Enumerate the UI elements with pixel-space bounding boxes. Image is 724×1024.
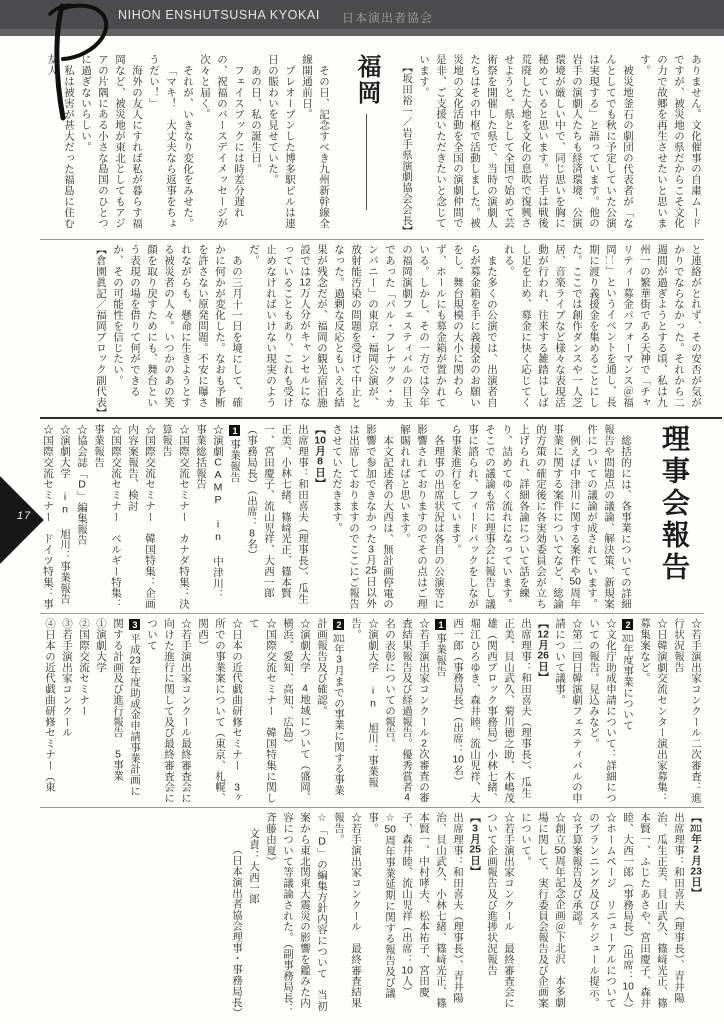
black-number-icon: 2 <box>622 619 633 630</box>
paragraph: それが、いきなり変化をみせた。 <box>179 54 196 236</box>
agenda-item: ☆国際交流セミナー 韓国特集に関して <box>245 618 279 804</box>
agenda-item: ☆若手演出家コンクール 最終審査会について企画報告及び進捗状況報告 <box>483 812 517 1014</box>
attendees-line: 出席理事：和田喜夫（理事長）、瓜生正美、貝山武久、菊川徳之助、木嶋茂雄（関西ブロ… <box>449 618 534 804</box>
colophon-line: 文責：大西一郎 <box>245 812 262 1014</box>
meeting-date-heading: 【3月25日】 <box>466 812 483 1014</box>
major-section-divider <box>40 417 722 419</box>
board-report-band-3: 【2011年2月23日】出席理事：和田喜夫（理事長）、青井陽治、瓜生正美、貝山武… <box>40 812 704 1014</box>
magazine-page: { "header": { "romaji": "NIHON ENSHUTSUS… <box>0 0 724 1024</box>
numbered-heading: 3平成23年度助成金申請事業計画に関する計画及び進行報告 5事業 <box>109 618 143 804</box>
agenda-item: ①演劇大学 <box>92 618 109 804</box>
agenda-item: ☆国際交流セミナー ドイツ特集：事業報告 <box>40 424 56 610</box>
article-row-1: ありません。文化催事の自粛ムードですが、被災地の県だからこそ文化の力で故郷を再生… <box>40 54 704 236</box>
section-divider <box>40 239 704 240</box>
agenda-item: ☆演劇CAMP in 中津川：事業総括報告 <box>192 424 226 610</box>
paragraph: 私は被害が甚大だった福島に住む友人 <box>43 54 77 236</box>
agenda-item: ②国際交流セミナー <box>75 618 92 804</box>
paragraph: 各理事の出席状況は各自の公演等に影響されておりますのでその点はご理解賜れればと思… <box>396 424 447 610</box>
attendees-line: 出席理事：和田喜夫（理事長）、青井陽治、瓜生正美、貝山武久、篠﨑光正、篠本賢一、… <box>619 812 687 1014</box>
agenda-item: ☆文化庁助成申請について：詳細についての報告。見込みなど。 <box>585 618 619 804</box>
section-divider <box>40 807 704 808</box>
agenda-item: ④日本の近代戯曲研修セミナー（東京・関西・札幌・名古屋） <box>40 618 58 804</box>
numbered-heading: 22011年3月までの事業に関する事業計画報告及び確認。 <box>313 618 347 804</box>
agenda-item: ☆演劇大学 4地域について（盛岡、横浜、愛知、高知、広島） <box>279 618 313 804</box>
board-report-band-1: 理事会報告 総括的には、各事業についての詳細報告や問題点の議論、解決策、新規案件… <box>40 424 704 610</box>
credit-line: 【倉園眞記／福岡ブロック副代表】 <box>92 244 109 414</box>
agenda-item: ☆協会誌「D」編集報告 <box>73 424 90 610</box>
black-number-icon: 3 <box>129 619 140 630</box>
agenda-item: ☆若手演出家コンクール2次審査の審査結果報告及び経過報告。優秀賞者4名の表彰につ… <box>381 618 432 804</box>
agenda-item: ☆50周年事業延期に関する報告及び議事。 <box>364 812 398 1014</box>
numbered-heading: 22011年度事業について <box>619 618 636 804</box>
credit-line: 【坂田裕一／岩手県演劇協会会長】 <box>398 54 415 236</box>
meeting-date-heading: 【2011年2月23日】 <box>687 812 704 1014</box>
agenda-item: ③若手演出家コンクール <box>58 618 75 804</box>
meeting-date-heading: 【10月8日】 <box>311 424 328 610</box>
paragraph: 被災地釜石の劇団の代表者が「なんとしてでも秋に予定していた公演は実現する」と語っ… <box>415 54 636 236</box>
colophon-line: （日本演出者協会理事・事務局長） <box>228 812 245 1014</box>
agenda-item: ☆創立50周年記念企画＠下北沢 本多劇場に関して、実行委員会報告及び企画案につい… <box>517 812 568 1014</box>
paragraph: フェイスブックには時差分遅れの、祝福のバースデイメッセージが次々と届く。 <box>196 54 247 236</box>
headline-rule <box>366 114 367 210</box>
numbered-heading: 1事業報告 <box>226 424 243 610</box>
black-number-icon: 1 <box>435 619 446 630</box>
agenda-item: ☆国際交流セミナー 韓国特集：企画内容案報告、検討 <box>124 424 158 610</box>
board-report-title: 理事会報告 <box>646 424 700 610</box>
association-name-kanji: 日本演出者協会 <box>342 9 433 26</box>
paragraph: 例えば中津川に関する案件や50周年事業に関する案件についてなど、総論的方策の確定… <box>447 424 583 610</box>
agenda-item: ☆ホームページ リニューアルについてのプランニング及びスケジュール提示。 <box>585 812 619 1014</box>
numbered-heading: 1事業報告 <box>432 618 449 804</box>
paragraph: あの日、私の誕生日。 <box>247 54 264 236</box>
paragraph: その日、記念すべき九州新幹線全線開通前日。 <box>298 54 332 236</box>
paragraph: 「マキ！ 大丈夫なら返事をちょうだい！」 <box>145 54 179 236</box>
paragraph: と連絡がとれず、その安否が気がかりでならなかった。それから二週間が過ぎようとする… <box>500 244 704 414</box>
article-row-2: と連絡がとれず、その安否が気がかりでならなかった。それから二週間が過ぎようとする… <box>40 244 704 414</box>
paragraph: ありません。文化催事の自粛ムードですが、被災地の県だからこそ文化の力で故郷を再生… <box>636 54 704 236</box>
attendees-line: 出席理事：和田喜夫（理事長）、瓜生正美、小林七緒、篠﨑光正、篠本賢一、宮田慶子、… <box>243 424 311 610</box>
agenda-item: ☆若手演出家コンクール 最終審査結果報告。 <box>330 812 364 1014</box>
agenda-item: ☆第二回日韓演劇フェスティバルの申請について議事。 <box>551 618 585 804</box>
headline-text: 福岡 <box>353 54 379 106</box>
agenda-item: ☆日本の近代戯曲研修セミナー 3ヶ所での事業案について（東京、札幌、関西） <box>194 618 245 804</box>
black-number-icon: 2 <box>333 619 344 630</box>
page-number: 17 <box>17 510 31 522</box>
association-name-romaji: NIHON ENSHUTSUSHA KYOKAI <box>118 8 320 22</box>
agenda-item: ☆若手演出家コンクール二次審査：進行状況報告 <box>670 618 704 804</box>
agenda-item: ☆予算案報告及び承認。 <box>568 812 585 1014</box>
agenda-item: ☆国際交流セミナー カナダ特集：決算報告 <box>158 424 192 610</box>
agenda-item: ☆「D」の編集方針内容について 当初案から東北関東大震災の影響を鑑みた内容につい… <box>262 812 330 1014</box>
agenda-item: ☆国際交流セミナー ベルギー特集：事業報告 <box>90 424 124 610</box>
agenda-item: ☆演劇大学 in 旭川：事業報告。 <box>347 618 381 804</box>
agenda-item: ☆若手演出家コンクール最終審査会に向けた進行に関して及び最終審査会について <box>143 618 194 804</box>
paragraph: 総括的には、各事業についての詳細報告や問題点の議論、解決策、新規案件についての議… <box>583 424 634 610</box>
article-headline: 福岡 <box>344 54 388 236</box>
board-report-band-2: ☆若手演出家コンクール二次審査：進行状況報告☆日韓演劇交流センター演出家募集：募… <box>40 618 704 804</box>
black-number-icon: 1 <box>229 425 240 436</box>
agenda-item: ☆演劇大学 in 旭川：事業報告 <box>56 424 73 610</box>
paragraph: 本文記述者の大西は、無計画停電の影響で参加できなかった3月25日以外は出席してお… <box>328 424 396 610</box>
paragraph: あの三月十一日を境にして、確かに何かが変化した。なおも予断を許さない原発問題。不… <box>109 244 245 414</box>
section-divider <box>40 613 704 614</box>
paragraph: 海外の友人にすれば私が暮らす福岡など、被災地が東北としてもアジアの片隅にある小さ… <box>77 54 145 236</box>
paragraph: また多くの公演では、出演者自らが募金箱を手に義援金のお願いをし、舞台規模の大小に… <box>245 244 500 414</box>
attendees-line: 出席理事：和田喜夫（理事長）、青井陽治、貝山武久、小林七緒、篠﨑光正、篠本賢一、… <box>398 812 466 1014</box>
agenda-item: ☆日韓演劇交流センター演出家募集：募集案など。 <box>636 618 670 804</box>
paragraph: プレオープンした博多駅ビルは連日の賑わいを見せていた。 <box>264 54 298 236</box>
meeting-date-heading: 【12月26日】 <box>534 618 551 804</box>
